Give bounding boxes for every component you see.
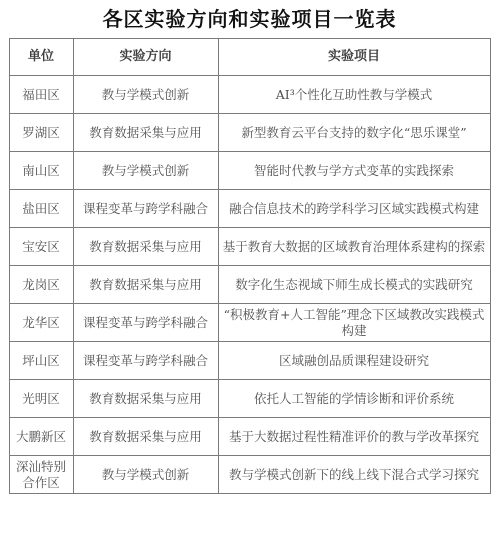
direction-cell: 教与学模式创新 xyxy=(73,76,218,114)
table-row: 宝安区 教育数据采集与应用 基于教育大数据的区域教育治理体系建构的探索 xyxy=(9,228,490,266)
unit-cell: 罗湖区 xyxy=(9,114,73,152)
direction-cell: 课程变革与跨学科融合 xyxy=(73,304,218,342)
unit-cell: 坪山区 xyxy=(9,342,73,380)
project-cell: 教与学模式创新下的线上线下混合式学习探究 xyxy=(218,456,490,494)
direction-cell: 教育数据采集与应用 xyxy=(73,114,218,152)
table-row: 光明区 教育数据采集与应用 依托人工智能的学情诊断和评价系统 xyxy=(9,380,490,418)
column-header-unit: 单位 xyxy=(9,39,73,76)
project-cell: 融合信息技术的跨学科学习区域实践模式构建 xyxy=(218,190,490,228)
table-row: 大鹏新区 教育数据采集与应用 基于大数据过程性精准评价的教与学改革探究 xyxy=(9,418,490,456)
unit-cell: 福田区 xyxy=(9,76,73,114)
table-row: 罗湖区 教育数据采集与应用 新型教育云平台支持的数字化“思乐课堂” xyxy=(9,114,490,152)
project-cell: 依托人工智能的学情诊断和评价系统 xyxy=(218,380,490,418)
table-row: 南山区 教与学模式创新 智能时代教与学方式变革的实践探索 xyxy=(9,152,490,190)
unit-cell: 盐田区 xyxy=(9,190,73,228)
table-row: 坪山区 课程变革与跨学科融合 区域融创品质课程建设研究 xyxy=(9,342,490,380)
project-cell: 数字化生态视域下师生成长模式的实践研究 xyxy=(218,266,490,304)
table-row: 深汕特别合作区 教与学模式创新 教与学模式创新下的线上线下混合式学习探究 xyxy=(9,456,490,494)
direction-cell: 课程变革与跨学科融合 xyxy=(73,190,218,228)
unit-cell: 光明区 xyxy=(9,380,73,418)
unit-cell: 深汕特别合作区 xyxy=(9,456,73,494)
page-title: 各区实验方向和实验项目一览表 xyxy=(0,0,499,38)
unit-cell: 宝安区 xyxy=(9,228,73,266)
direction-cell: 教育数据采集与应用 xyxy=(73,266,218,304)
unit-cell: 龙岗区 xyxy=(9,266,73,304)
project-cell: 基于教育大数据的区域教育治理体系建构的探索 xyxy=(218,228,490,266)
column-header-project: 实验项目 xyxy=(218,39,490,76)
table-row: 福田区 教与学模式创新 AI³个性化互助性教与学模式 xyxy=(9,76,490,114)
table-row: 盐田区 课程变革与跨学科融合 融合信息技术的跨学科学习区域实践模式构建 xyxy=(9,190,490,228)
direction-cell: 教与学模式创新 xyxy=(73,456,218,494)
direction-cell: 教育数据采集与应用 xyxy=(73,380,218,418)
unit-cell: 龙华区 xyxy=(9,304,73,342)
project-cell: 新型教育云平台支持的数字化“思乐课堂” xyxy=(218,114,490,152)
project-cell: 基于大数据过程性精准评价的教与学改革探究 xyxy=(218,418,490,456)
table-row: 龙华区 课程变革与跨学科融合 “积极教育+人工智能”理念下区域教改实践模式构建 xyxy=(9,304,490,342)
district-projects-table: 单位 实验方向 实验项目 福田区 教与学模式创新 AI³个性化互助性教与学模式 … xyxy=(9,38,491,494)
project-cell: 智能时代教与学方式变革的实践探索 xyxy=(218,152,490,190)
unit-cell: 大鹏新区 xyxy=(9,418,73,456)
unit-cell: 南山区 xyxy=(9,152,73,190)
direction-cell: 教育数据采集与应用 xyxy=(73,228,218,266)
project-cell: AI³个性化互助性教与学模式 xyxy=(218,76,490,114)
table-header-row: 单位 实验方向 实验项目 xyxy=(9,39,490,76)
direction-cell: 教育数据采集与应用 xyxy=(73,418,218,456)
direction-cell: 教与学模式创新 xyxy=(73,152,218,190)
column-header-direction: 实验方向 xyxy=(73,39,218,76)
project-cell: “积极教育+人工智能”理念下区域教改实践模式构建 xyxy=(218,304,490,342)
direction-cell: 课程变革与跨学科融合 xyxy=(73,342,218,380)
table-row: 龙岗区 教育数据采集与应用 数字化生态视域下师生成长模式的实践研究 xyxy=(9,266,490,304)
project-cell: 区域融创品质课程建设研究 xyxy=(218,342,490,380)
